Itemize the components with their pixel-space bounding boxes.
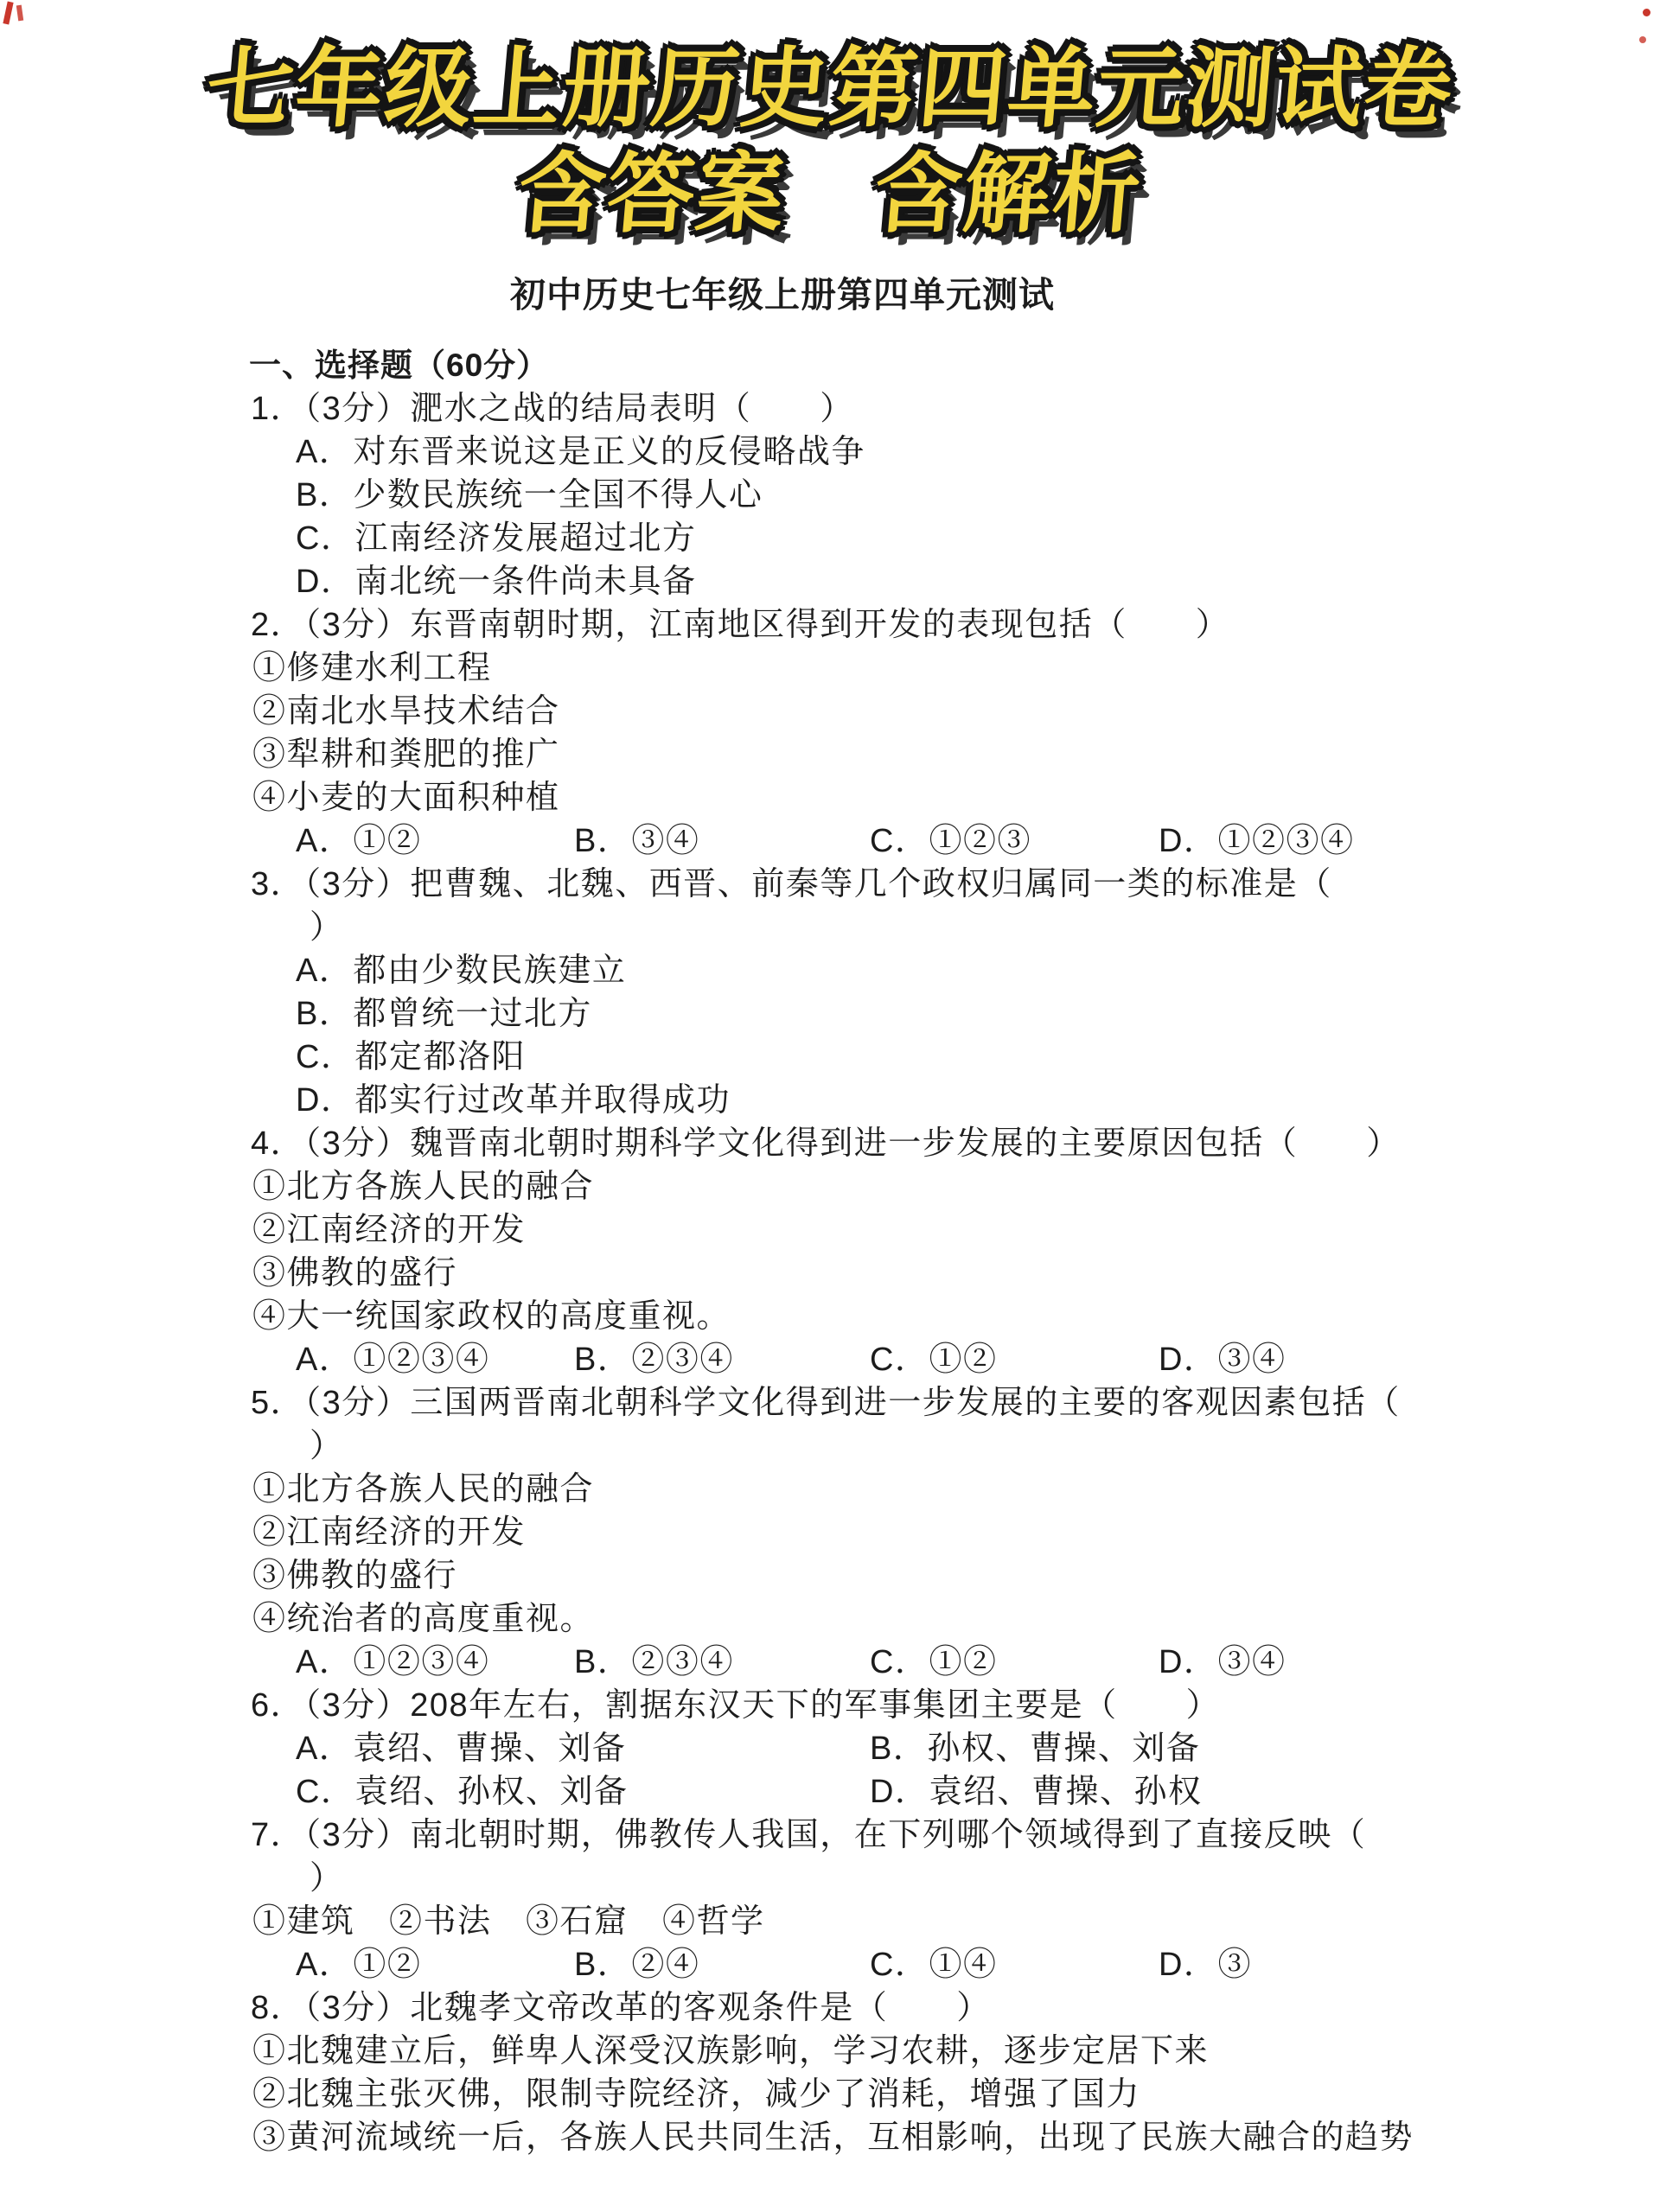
option-cell: D．③④ (1159, 1641, 1286, 1684)
banner-title-line2: 含答案 含解析 (0, 142, 1660, 247)
subitem-line: ②江南经济的开发 (251, 1208, 1582, 1252)
subitem-line: ④小麦的大面积种植 (251, 776, 1582, 819)
question-stem: 2．（3分）东晋南朝时期，江南地区得到开发的表现包括（ ） (251, 603, 1582, 647)
option-line: B．少数民族统一全国不得人心 (251, 474, 1582, 517)
question-stem: 5．（3分）三国两晋南北朝科学文化得到进一步发展的主要的客观因素包括（ (251, 1381, 1582, 1425)
subitem-line: ③黄河流域统一后，各族人民共同生活，互相影响，出现了民族大融合的趋势 (251, 2116, 1582, 2159)
option-cell: D．①②③④ (1159, 819, 1354, 863)
red-scan-mark (1643, 9, 1650, 16)
option-cell: B．②③④ (574, 1338, 734, 1381)
subitem-line: ②北魏主张灭佛，限制寺院经济，减少了消耗，增强了国力 (251, 2073, 1582, 2116)
option-line: C．江南经济发展超过北方 (251, 517, 1582, 560)
subitem-line: ①修建水利工程 (251, 647, 1582, 690)
question-stem: 8．（3分）北魏孝文帝改革的客观条件是（ ） (251, 1986, 1582, 2030)
option-cell: D．③ (1159, 1943, 1252, 1986)
options-row: A．袁绍、曹操、刘备B．孙权、曹操、刘备 (251, 1727, 1582, 1770)
subitem-line: ③佛教的盛行 (251, 1252, 1582, 1295)
banner-title-line1: 七年级上册历史第四单元测试卷 (0, 36, 1660, 142)
options-row: A．①②B．②④C．①④D．③ (251, 1943, 1582, 1986)
option-cell: B．②④ (574, 1943, 699, 1986)
subitem-line: ①北方各族人民的融合 (251, 1165, 1582, 1208)
questions-area: 1．（3分）淝水之战的结局表明（ ）A．对东晋来说这是正义的反侵略战争B．少数民… (251, 387, 1582, 2159)
option-line: A．对东晋来说这是正义的反侵略战争 (251, 430, 1582, 474)
subitem-line: ①北方各族人民的融合 (251, 1468, 1582, 1511)
subitem-line: ②江南经济的开发 (251, 1511, 1582, 1554)
subitem-line: ③佛教的盛行 (251, 1554, 1582, 1597)
stem-continuation: ） (251, 1425, 1582, 1468)
option-cell: B．孙权、曹操、刘备 (870, 1727, 1200, 1770)
option-cell: B．③④ (574, 819, 699, 863)
banner: 七年级上册历史第四单元测试卷 含答案 含解析 (0, 0, 1660, 247)
question-stem: 7．（3分）南北朝时期，佛教传人我国，在下列哪个领域得到了直接反映（ (251, 1814, 1582, 1857)
test-paper-page: 七年级上册历史第四单元测试卷 含答案 含解析 初中历史七年级上册第四单元测试 一… (0, 0, 1660, 2212)
option-line: D．南北统一条件尚未具备 (251, 560, 1582, 603)
option-cell: D．袁绍、曹操、孙权 (870, 1770, 1202, 1814)
subitem-line: ①北魏建立后，鲜卑人深受汉族影响，学习农耕，逐步定居下来 (251, 2030, 1582, 2073)
question-stem: 1．（3分）淝水之战的结局表明（ ） (251, 387, 1582, 430)
option-cell: A．袁绍、曹操、刘备 (296, 1727, 626, 1770)
options-row: A．①②B．③④C．①②③D．①②③④ (251, 819, 1582, 863)
subitem-line: ④大一统国家政权的高度重视。 (251, 1295, 1582, 1338)
option-cell: A．①② (296, 1943, 421, 1986)
stem-continuation: ） (251, 906, 1582, 949)
option-line: D．都实行过改革并取得成功 (251, 1079, 1582, 1122)
paper-title: 初中历史七年级上册第四单元测试 (164, 270, 1401, 320)
option-cell: A．①②③④ (296, 1338, 489, 1381)
option-line: A．都由少数民族建立 (251, 949, 1582, 992)
option-line: B．都曾统一过北方 (251, 992, 1582, 1036)
option-cell: C．①④ (870, 1943, 997, 1986)
option-cell: C．①② (870, 1338, 997, 1381)
option-cell: D．③④ (1159, 1338, 1286, 1381)
option-cell: C．①② (870, 1641, 997, 1684)
question-stem: 6．（3分）208年左右，割据东汉天下的军事集团主要是（ ） (251, 1684, 1582, 1727)
subitem-line: ③犁耕和粪肥的推广 (251, 733, 1582, 776)
option-cell: C．袁绍、孙权、刘备 (296, 1770, 628, 1814)
subitem-line: ②南北水旱技术结合 (251, 690, 1582, 733)
options-row: C．袁绍、孙权、刘备D．袁绍、曹操、孙权 (251, 1770, 1582, 1814)
options-row: A．①②③④B．②③④C．①②D．③④ (251, 1338, 1582, 1381)
option-cell: A．①②③④ (296, 1641, 489, 1684)
option-cell: C．①②③ (870, 819, 1031, 863)
option-cell: B．②③④ (574, 1641, 734, 1684)
question-stem: 4．（3分）魏晋南北朝时期科学文化得到进一步发展的主要原因包括（ ） (251, 1122, 1582, 1165)
subitem-line: ④统治者的高度重视。 (251, 1597, 1582, 1641)
subitem-line: ①建筑 ②书法 ③石窟 ④哲学 (251, 1900, 1582, 1943)
option-cell: A．①② (296, 819, 421, 863)
section-heading: 一、选择题（60分） (249, 344, 1660, 387)
stem-continuation: ） (251, 1857, 1582, 1900)
option-line: C．都定都洛阳 (251, 1036, 1582, 1079)
options-row: A．①②③④B．②③④C．①②D．③④ (251, 1641, 1582, 1684)
question-stem: 3．（3分）把曹魏、北魏、西晋、前秦等几个政权归属同一类的标准是（ (251, 863, 1582, 906)
